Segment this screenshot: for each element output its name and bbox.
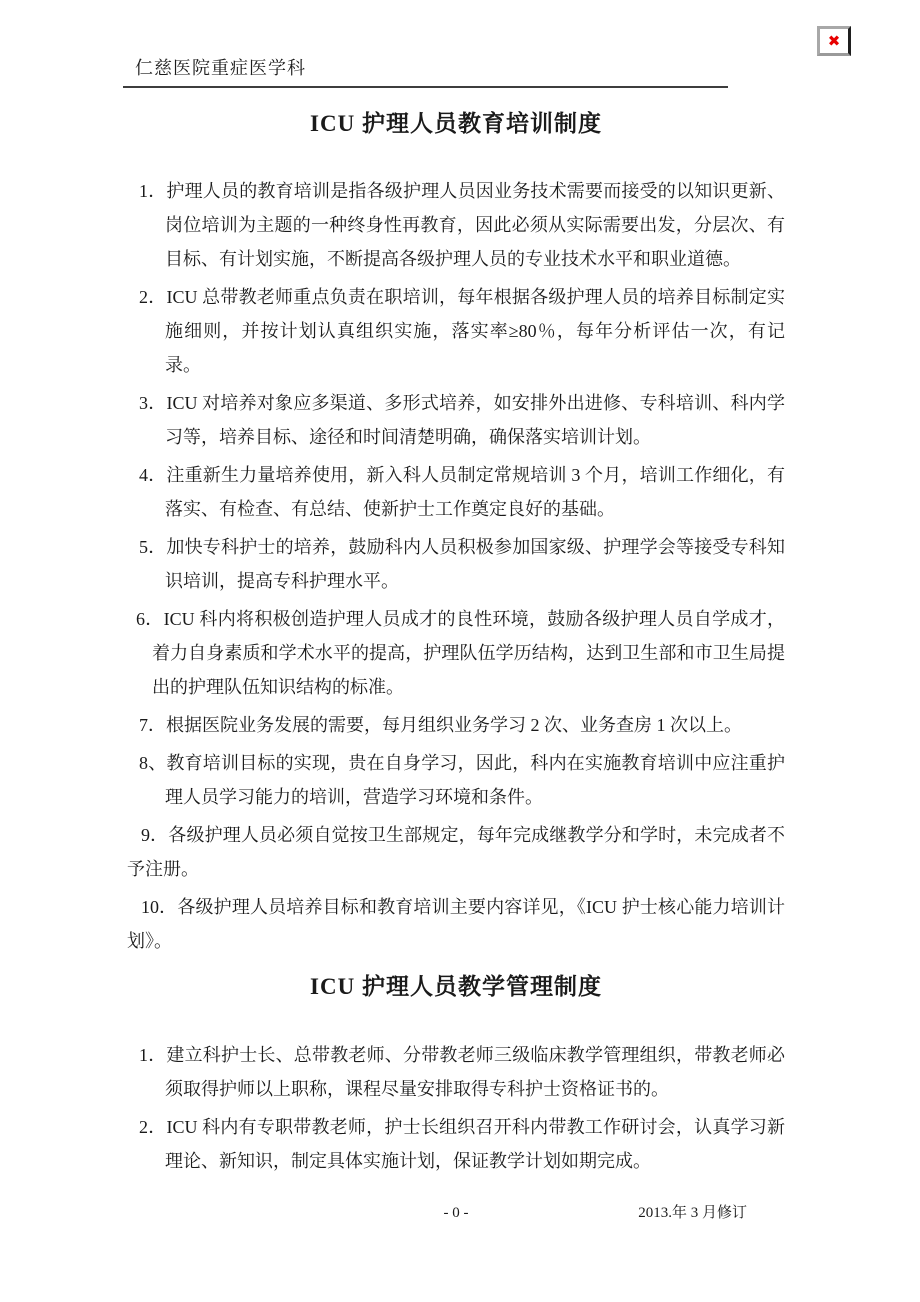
- list-item: 9．各级护理人员必须自觉按卫生部规定，每年完成继教学分和学时，未完成者不予注册。: [127, 818, 785, 886]
- list-item: 2．ICU 总带教老师重点负责在职培训，每年根据各级护理人员的培养目标制定实施细…: [127, 280, 785, 382]
- item-text: 根据医院业务发展的需要，每月组织业务学习 2 次、业务查房 1 次以上。: [166, 715, 742, 735]
- item-text: ICU 对培养对象应多渠道、多形式培养，如安排外出进修、专科培训、科内学习等，培…: [165, 393, 785, 447]
- document-page: 仁慈医院重症医学科 ✖ ICU 护理人员教育培训制度 1．护理人员的教育培训是指…: [0, 0, 920, 1302]
- item-text: ICU 科内将积极创造护理人员成才的良性环境，鼓励各级护理人员自学成才，着力自身…: [152, 609, 785, 697]
- item-text: ICU 总带教老师重点负责在职培训，每年根据各级护理人员的培养目标制定实施细则，…: [165, 287, 785, 375]
- list-item: 4．注重新生力量培养使用，新入科人员制定常规培训 3 个月，培训工作细化，有落实…: [127, 458, 785, 526]
- section-title: ICU 护理人员教学管理制度: [127, 972, 785, 1002]
- item-number: 8、: [139, 753, 166, 773]
- department-name: 仁慈医院重症医学科: [135, 58, 306, 78]
- item-text: 加快专科护士的培养，鼓励科内人员积极参加国家级、护理学会等接受专科知识培训，提高…: [165, 537, 785, 591]
- item-number: 2．: [139, 1117, 166, 1137]
- list-item: 2．ICU 科内有专职带教老师，护士长组织召开科内带教工作研讨会，认真学习新理论…: [127, 1110, 785, 1178]
- item-number: 6．: [136, 609, 164, 629]
- list-item: 10．各级护理人员培养目标和教育培训主要内容详见，《ICU 护士核心能力培训计划…: [127, 890, 785, 958]
- list-item: 6．ICU 科内将积极创造护理人员成才的良性环境，鼓励各级护理人员自学成才，着力…: [127, 602, 785, 704]
- rule-list: 1．建立科护士长、总带教老师、分带教老师三级临床教学管理组织，带教老师必须取得护…: [127, 1038, 785, 1178]
- list-item: 7．根据医院业务发展的需要，每月组织业务学习 2 次、业务查房 1 次以上。: [127, 708, 785, 742]
- item-number: 1．: [139, 181, 166, 201]
- item-number: 2．: [139, 287, 166, 307]
- item-text: 建立科护士长、总带教老师、分带教老师三级临床教学管理组织，带教老师必须取得护师以…: [165, 1045, 785, 1099]
- list-item: 5．加快专科护士的培养，鼓励科内人员积极参加国家级、护理学会等接受专科知识培训，…: [127, 530, 785, 598]
- item-number: 10．: [141, 897, 177, 917]
- item-text: ICU 科内有专职带教老师，护士长组织召开科内带教工作研讨会，认真学习新理论、新…: [165, 1117, 785, 1171]
- item-text: 各级护理人员培养目标和教育培训主要内容详见，《ICU 护士核心能力培训计划》。: [127, 897, 785, 951]
- item-number: 9．: [141, 825, 168, 845]
- item-number: 4．: [139, 465, 166, 485]
- item-text: 护理人员的教育培训是指各级护理人员因业务技术需要而接受的以知识更新、岗位培训为主…: [165, 181, 785, 269]
- page-header: 仁慈医院重症医学科: [123, 57, 728, 88]
- item-number: 5．: [139, 537, 166, 557]
- list-item: 3．ICU 对培养对象应多渠道、多形式培养，如安排外出进修、专科培训、科内学习等…: [127, 386, 785, 454]
- item-text: 各级护理人员必须自觉按卫生部规定，每年完成继教学分和学时，未完成者不予注册。: [127, 825, 785, 879]
- list-item: 8、教育培训目标的实现，贵在自身学习，因此，科内在实施教育培训中应注重护理人员学…: [127, 746, 785, 814]
- broken-image-icon: ✖: [817, 26, 851, 56]
- item-number: 7．: [139, 715, 166, 735]
- revision-date: 2013.年 3 月修订: [638, 1203, 747, 1223]
- item-number: 1．: [139, 1045, 166, 1065]
- list-item: 1．建立科护士长、总带教老师、分带教老师三级临床教学管理组织，带教老师必须取得护…: [127, 1038, 785, 1106]
- item-number: 3．: [139, 393, 166, 413]
- red-x-icon: ✖: [828, 34, 841, 49]
- list-item: 1．护理人员的教育培训是指各级护理人员因业务技术需要而接受的以知识更新、岗位培训…: [127, 174, 785, 276]
- item-text: 教育培训目标的实现，贵在自身学习，因此，科内在实施教育培训中应注重护理人员学习能…: [165, 753, 785, 807]
- rule-list: 1．护理人员的教育培训是指各级护理人员因业务技术需要而接受的以知识更新、岗位培训…: [127, 174, 785, 958]
- section-title: ICU 护理人员教育培训制度: [127, 109, 785, 139]
- item-text: 注重新生力量培养使用，新入科人员制定常规培训 3 个月，培训工作细化，有落实、有…: [165, 465, 785, 519]
